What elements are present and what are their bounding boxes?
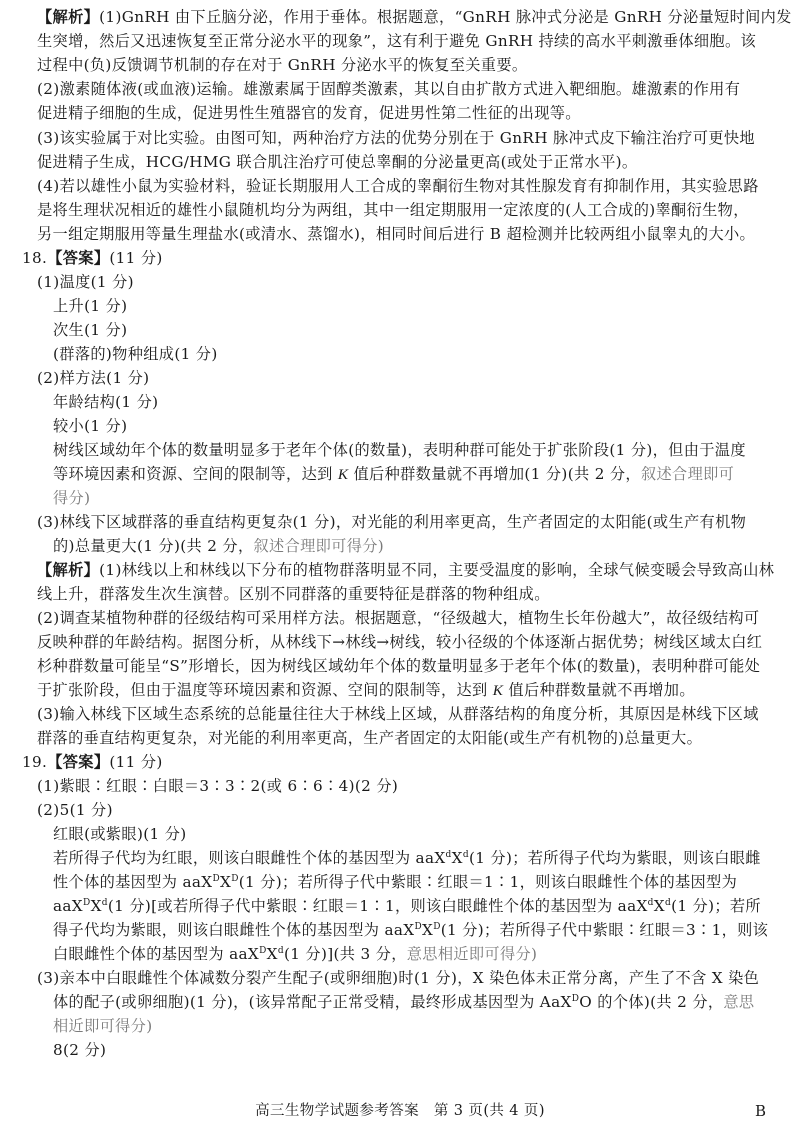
q17-analysis-line-3: 过程中(负)反馈调节机制的存在对于 GnRH 分泌水平的恢复至关重要。 <box>37 55 527 75</box>
analysis-label: 【解析】 <box>37 8 99 26</box>
q18-a2-line-1: (2)样方法(1 分) <box>37 368 149 388</box>
q19-a2-c-line-4: 得子代均为紫眼，则该白眼雌性个体的基因型为 aaXDXD(1 分)；若所得子代中… <box>53 920 768 940</box>
q17-analysis-line-1: 【解析】(1)GnRH 由下丘脑分泌，作用于垂体。根据题意，“GnRH 脉冲式分… <box>37 7 792 27</box>
q18-heading: 18.【答案】(11 分) <box>22 248 163 268</box>
q18-analysis-line-2: 线上升，群落发生次生演替。区别不同群落的重要特征是群落的物种组成。 <box>37 584 550 604</box>
q17-analysis-line-6: (3)该实验属于对比实验。由图可知，两种治疗方法的优势分别在于 GnRH 脉冲式… <box>37 128 755 148</box>
q18-analysis-line-6: 于扩张阶段，但由于温度等环境因素和资源、空间的限制等，达到 K 值后种群数量就不… <box>37 680 695 701</box>
q19-a3-line-2: 体的配子(或卵细胞)(1 分)，(该异常配子正常受精，最终形成基因型为 AaXD… <box>53 992 754 1012</box>
q18-a1-line-2: 上升(1 分) <box>53 296 127 316</box>
q18-a1-line-4: (群落的)物种组成(1 分) <box>53 344 218 364</box>
q17-analysis-line-9: 是将生理状况相近的雄性小鼠随机均分为两组，其中一组定期服用一定浓度的(人工合成的… <box>37 200 749 220</box>
q17-analysis-line-4: (2)激素随体液(或血液)运输。雄激素属于固醇类激素，其以自由扩散方式进入靶细胞… <box>37 79 740 99</box>
q18-a3-line-2: 的)总量更大(1 分)(共 2 分，叙述合理即可得分) <box>53 536 384 556</box>
answer-label: 【答案】 <box>47 753 109 771</box>
grading-note: 得分) <box>53 488 90 508</box>
q18-a2-line-2: 年龄结构(1 分) <box>53 392 158 412</box>
q18-a2-line-3: 较小(1 分) <box>53 416 127 436</box>
analysis-label: 【解析】 <box>37 561 99 579</box>
q19-a3-line-1: (3)亲本中白眼雌性个体减数分裂产生配子(或卵细胞)时(1 分)，X 染色体未正… <box>37 968 759 988</box>
q17-analysis-line-2: 生突增，然后又迅速恢复至正常分泌水平的现象”，这有利于避免 GnRH 持续的高水… <box>37 31 756 51</box>
q17-analysis-line-7: 促进精子生成，HCG/HMG 联合肌注治疗可使总睾酮的分泌量更高(或处于正常水平… <box>37 152 637 172</box>
question-score: (11 分) <box>109 753 162 771</box>
q18-analysis-line-1: 【解析】(1)林线以上和林线以下分布的植物群落明显不同，主要受温度的影响，全球气… <box>37 560 774 580</box>
grading-note: 意思相近即可得分) <box>407 945 538 963</box>
q18-a2-long-line-1: 树线区域幼年个体的数量明显多于老年个体(的数量)，表明种群可能处于扩张阶段(1 … <box>53 440 746 460</box>
q17-analysis-line-8: (4)若以雄性小鼠为实验材料，验证长期服用人工合成的睾酮衍生物对其性腺发育有抑制… <box>37 176 759 196</box>
q19-a2-b: 红眼(或紫眼)(1 分) <box>53 824 187 844</box>
q18-a2-long-line-2: 等环境因素和资源、空间的限制等，达到 K 值后种群数量就不再增加(1 分)(共 … <box>53 464 734 485</box>
q18-a3-line-1: (3)林线下区域群落的垂直结构更复杂(1 分)，对光能的利用率更高，生产者固定的… <box>37 512 746 532</box>
q19-a4: 8(2 分) <box>53 1040 106 1060</box>
page-footer: 高三生物学试题参考答案 第 3 页(共 4 页) <box>0 1101 800 1121</box>
q19-a1: (1)紫眼∶红眼∶白眼＝3∶3∶2(或 6∶6∶4)(2 分) <box>37 776 398 796</box>
grading-note: 叙述合理即可 <box>641 465 734 483</box>
q19-a2-c-line-3: aaXDXd(1 分)[或若所得子代中紫眼∶红眼＝1∶1，则该白眼雌性个体的基因… <box>53 896 761 916</box>
q18-analysis-line-8: 群落的垂直结构更复杂，对光能的利用率更高，生产者固定的太阳能(或生产有机物的)总… <box>37 728 702 748</box>
q19-a2-c-line-2: 性个体的基因型为 aaXDXD(1 分)；若所得子代中紫眼∶红眼＝1∶1，则该白… <box>53 872 737 892</box>
q18-analysis-line-4: 反映种群的年龄结构。据图分析，从林线下→林线→树线，较小径级的个体逐渐占据优势；… <box>37 632 762 652</box>
q18-analysis-line-3: (2)调查某植物种群的径级结构可采用样方法。根据题意，“径级越大，植物生长年份越… <box>37 608 759 628</box>
q18-a1-line-1: (1)温度(1 分) <box>37 272 134 292</box>
paper-version: B <box>755 1101 766 1121</box>
answer-key-page: 【解析】(1)GnRH 由下丘脑分泌，作用于垂体。根据题意，“GnRH 脉冲式分… <box>0 0 800 1137</box>
grading-note: 意思 <box>723 993 754 1011</box>
question-number: 18. <box>22 249 47 267</box>
q18-a1-line-3: 次生(1 分) <box>53 320 127 340</box>
q18-analysis-line-5: 杉种群数量可能呈“S”形增长，因为树线区域幼年个体的数量明显多于老年个体(的数量… <box>37 656 760 676</box>
grading-note: 相近即可得分) <box>53 1016 153 1036</box>
answer-label: 【答案】 <box>47 249 109 267</box>
q19-heading: 19.【答案】(11 分) <box>22 752 163 772</box>
q19-a2: (2)5(1 分) <box>37 800 113 820</box>
q19-a2-c-line-5: 白眼雌性个体的基因型为 aaXDXd(1 分)](共 3 分，意思相近即可得分) <box>53 944 537 964</box>
question-score: (11 分) <box>109 249 162 267</box>
q17-analysis-line-5: 促进精子细胞的生成，促进男性生殖器官的发育，促进男性第二性征的出现等。 <box>37 103 581 123</box>
grading-note: 叙述合理即可得分) <box>254 537 385 555</box>
q18-analysis-line-7: (3)输入林线下区域生态系统的总能量往往大于林线上区域，从群落结构的角度分析，其… <box>37 704 759 724</box>
q17-analysis-line-10: 另一组定期服用等量生理盐水(或清水、蒸馏水)，相同时间后进行 B 超检测并比较两… <box>37 224 755 244</box>
question-number: 19. <box>22 753 47 771</box>
q19-a2-c-line-1: 若所得子代均为红眼，则该白眼雌性个体的基因型为 aaXdXd(1 分)；若所得子… <box>53 848 761 868</box>
